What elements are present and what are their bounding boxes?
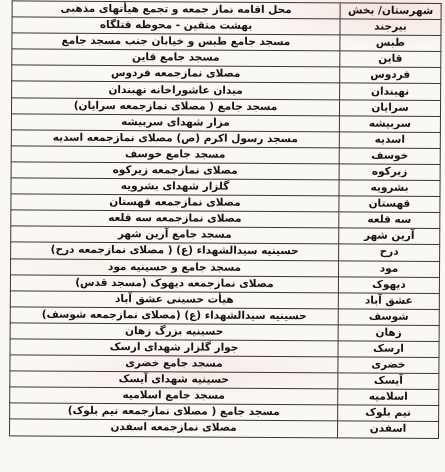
cell-location: مصلای نمازجمعه دیهوک (مسجد قدس) <box>10 274 338 292</box>
cell-district: سه قلعه <box>339 212 440 229</box>
cell-location: مسجد جامع ( مصلای نمازجمعه سرایان) <box>11 97 339 115</box>
cell-location: بهشت متقین - محوطه قتلگاه <box>12 17 340 35</box>
cell-district: اسلامیه <box>338 389 439 406</box>
cell-location: مصلای نمازجمعه قهستان <box>11 194 339 212</box>
header-district: شهرستان/ بخش <box>340 3 441 20</box>
cell-district: آیسک <box>338 373 439 390</box>
cell-district: بیرجند <box>340 19 441 36</box>
cell-location: حسینیه بزرگ زهان <box>10 323 338 341</box>
cell-district: زهان <box>338 325 439 342</box>
cell-location: حسینیه سیدالشهداء (ع) (مصلای نمازجمعه شو… <box>10 307 338 325</box>
cell-district: شوسف <box>338 309 439 326</box>
cell-location: مسجد جامع ( مصلای نمازجمعه نیم بلوک) <box>10 403 338 421</box>
cell-district: آرین شهر <box>339 228 440 245</box>
cell-district: زیرکوه <box>339 164 440 181</box>
cell-district: خضری <box>338 357 439 374</box>
cell-district: ارسک <box>338 341 439 358</box>
cell-location: مسجد جامع خضری <box>10 355 338 373</box>
cell-district: قهستان <box>339 196 440 213</box>
cell-location: مسجد جامع آرین شهر <box>11 226 339 244</box>
cell-district: بشرویه <box>339 180 440 197</box>
cell-district: سرایان <box>339 99 440 116</box>
cell-district: فردوس <box>340 67 441 84</box>
cell-location: جوار گلزار شهدای ارسک <box>10 339 338 357</box>
cell-district: نهبندان <box>340 83 441 100</box>
cell-district: درح <box>339 244 440 261</box>
cell-district: دیهوک <box>338 276 439 293</box>
cell-district: قاین <box>340 51 441 68</box>
prayer-locations-table: شهرستان/ بخش محل اقامه نماز جمعه و تجمع … <box>9 0 442 438</box>
cell-district: خوسف <box>339 148 440 165</box>
cell-location: مسجد جامع طبس و خیابان جنب مسجد جامع <box>12 33 340 51</box>
cell-location: مسجد رسول اکرم (ص) مصلای نمازجمعه اسدیه <box>11 130 339 148</box>
cell-location: میدان عاشوراخانه نهبندان <box>12 81 340 99</box>
cell-district: اسفدن <box>338 421 439 438</box>
cell-district: مود <box>338 260 439 277</box>
cell-location: مسجد جامع خوسف <box>11 146 339 164</box>
cell-location: حسینیه شهدای آیسک <box>10 371 338 389</box>
cell-district: سربیشه <box>339 116 440 133</box>
table-body: بیرجند بهشت متقین - محوطه قتلگاه طبس مسج… <box>10 17 442 438</box>
table-row: اسفدن مصلای نمازجمعه اسفدن <box>10 419 439 438</box>
cell-location: مزار شهدای سربیشه <box>11 114 339 132</box>
cell-location: گلزار شهدای بشرویه <box>11 178 339 196</box>
cell-district: عشق آباد <box>338 293 439 310</box>
cell-district: نیم بلوک <box>338 405 439 422</box>
cell-location: مسجد جامع اسلامیه <box>10 387 338 405</box>
header-location: محل اقامه نماز جمعه و تجمع هیأتهای مذهبی <box>12 1 340 19</box>
cell-district: اسدیه <box>339 132 440 149</box>
cell-district: طبس <box>340 35 441 52</box>
cell-location: مصلای نمازجمعه زیرکوه <box>11 162 339 180</box>
cell-location: مسجد جامع قاین <box>12 49 340 67</box>
scanned-document-page: شهرستان/ بخش محل اقامه نماز جمعه و تجمع … <box>0 0 445 472</box>
cell-location: هیأت حسینی عشق آباد <box>10 291 338 309</box>
cell-location: مصلای نمازجمعه اسفدن <box>10 419 338 437</box>
cell-location: مسجد جامع و حسینیه مود <box>10 258 338 276</box>
cell-location: مصلای نمازجمعه سه قلعه <box>11 210 339 228</box>
cell-location: مصلای نمازجمعه فردوس <box>12 65 340 83</box>
cell-location: حسینیه سیدالشهداء (ع) ( مصلای نمازجمعه د… <box>11 242 339 260</box>
